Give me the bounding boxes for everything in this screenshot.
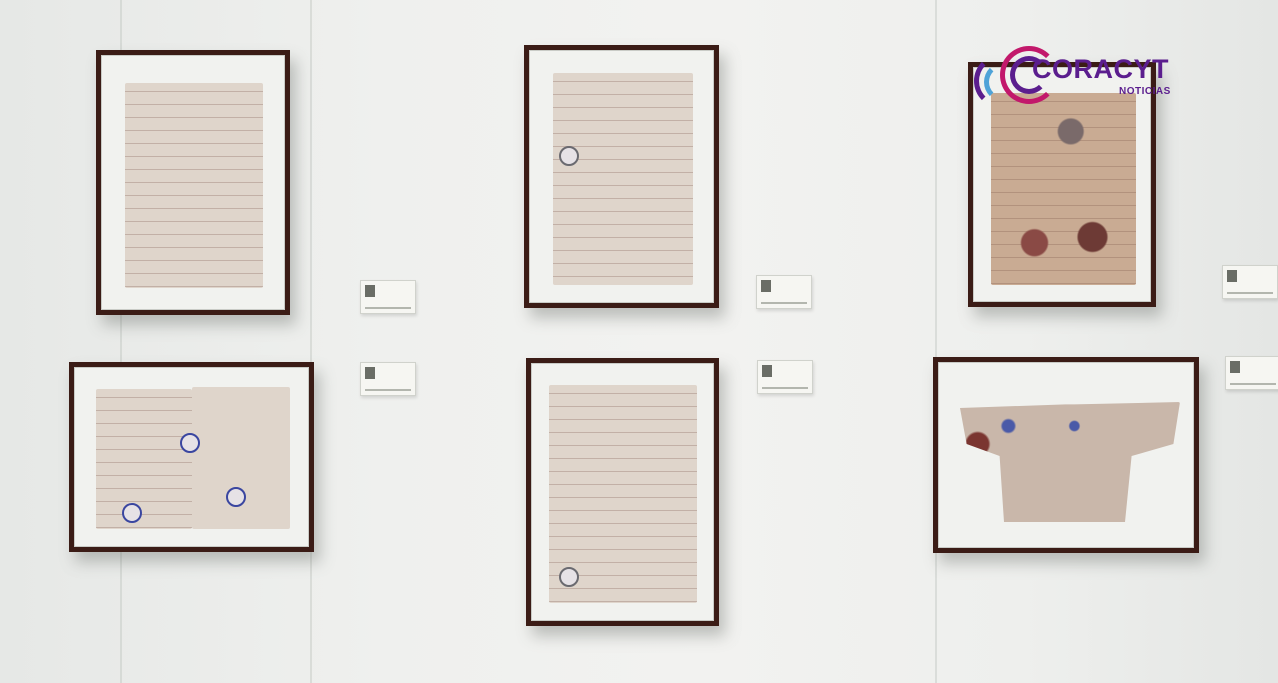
seal-icon xyxy=(122,503,142,523)
exhibit-label xyxy=(756,275,812,309)
manuscript-page xyxy=(125,83,263,288)
artwork-frame-bottom-right xyxy=(933,357,1199,553)
exhibit-label xyxy=(1222,265,1278,299)
manuscript-left-page xyxy=(96,389,192,529)
seal-icon xyxy=(180,433,200,453)
exhibit-label xyxy=(360,280,416,314)
seal-icon xyxy=(226,487,246,507)
manuscript-page xyxy=(553,73,693,285)
logo-text: CORACYT xyxy=(1032,54,1169,85)
exhibit-label xyxy=(360,362,416,396)
exhibit-label xyxy=(1225,356,1278,390)
artwork-frame-top-left xyxy=(96,50,290,315)
seal-icon xyxy=(559,567,579,587)
artwork-frame-bottom-center xyxy=(526,358,719,626)
artwork-frame-bottom-left xyxy=(69,362,314,552)
logo-subtitle: NOTICIAS xyxy=(1119,86,1171,97)
exhibit-label xyxy=(757,360,813,394)
wall-line xyxy=(310,0,312,683)
manuscript-right-page xyxy=(192,387,290,529)
illustrated-manuscript-page xyxy=(991,93,1136,285)
coracyt-logo: CORACYT NOTICIAS xyxy=(972,46,1202,108)
seal-icon xyxy=(559,146,579,166)
artwork-frame-top-center xyxy=(524,45,719,308)
wall-line xyxy=(935,0,937,683)
